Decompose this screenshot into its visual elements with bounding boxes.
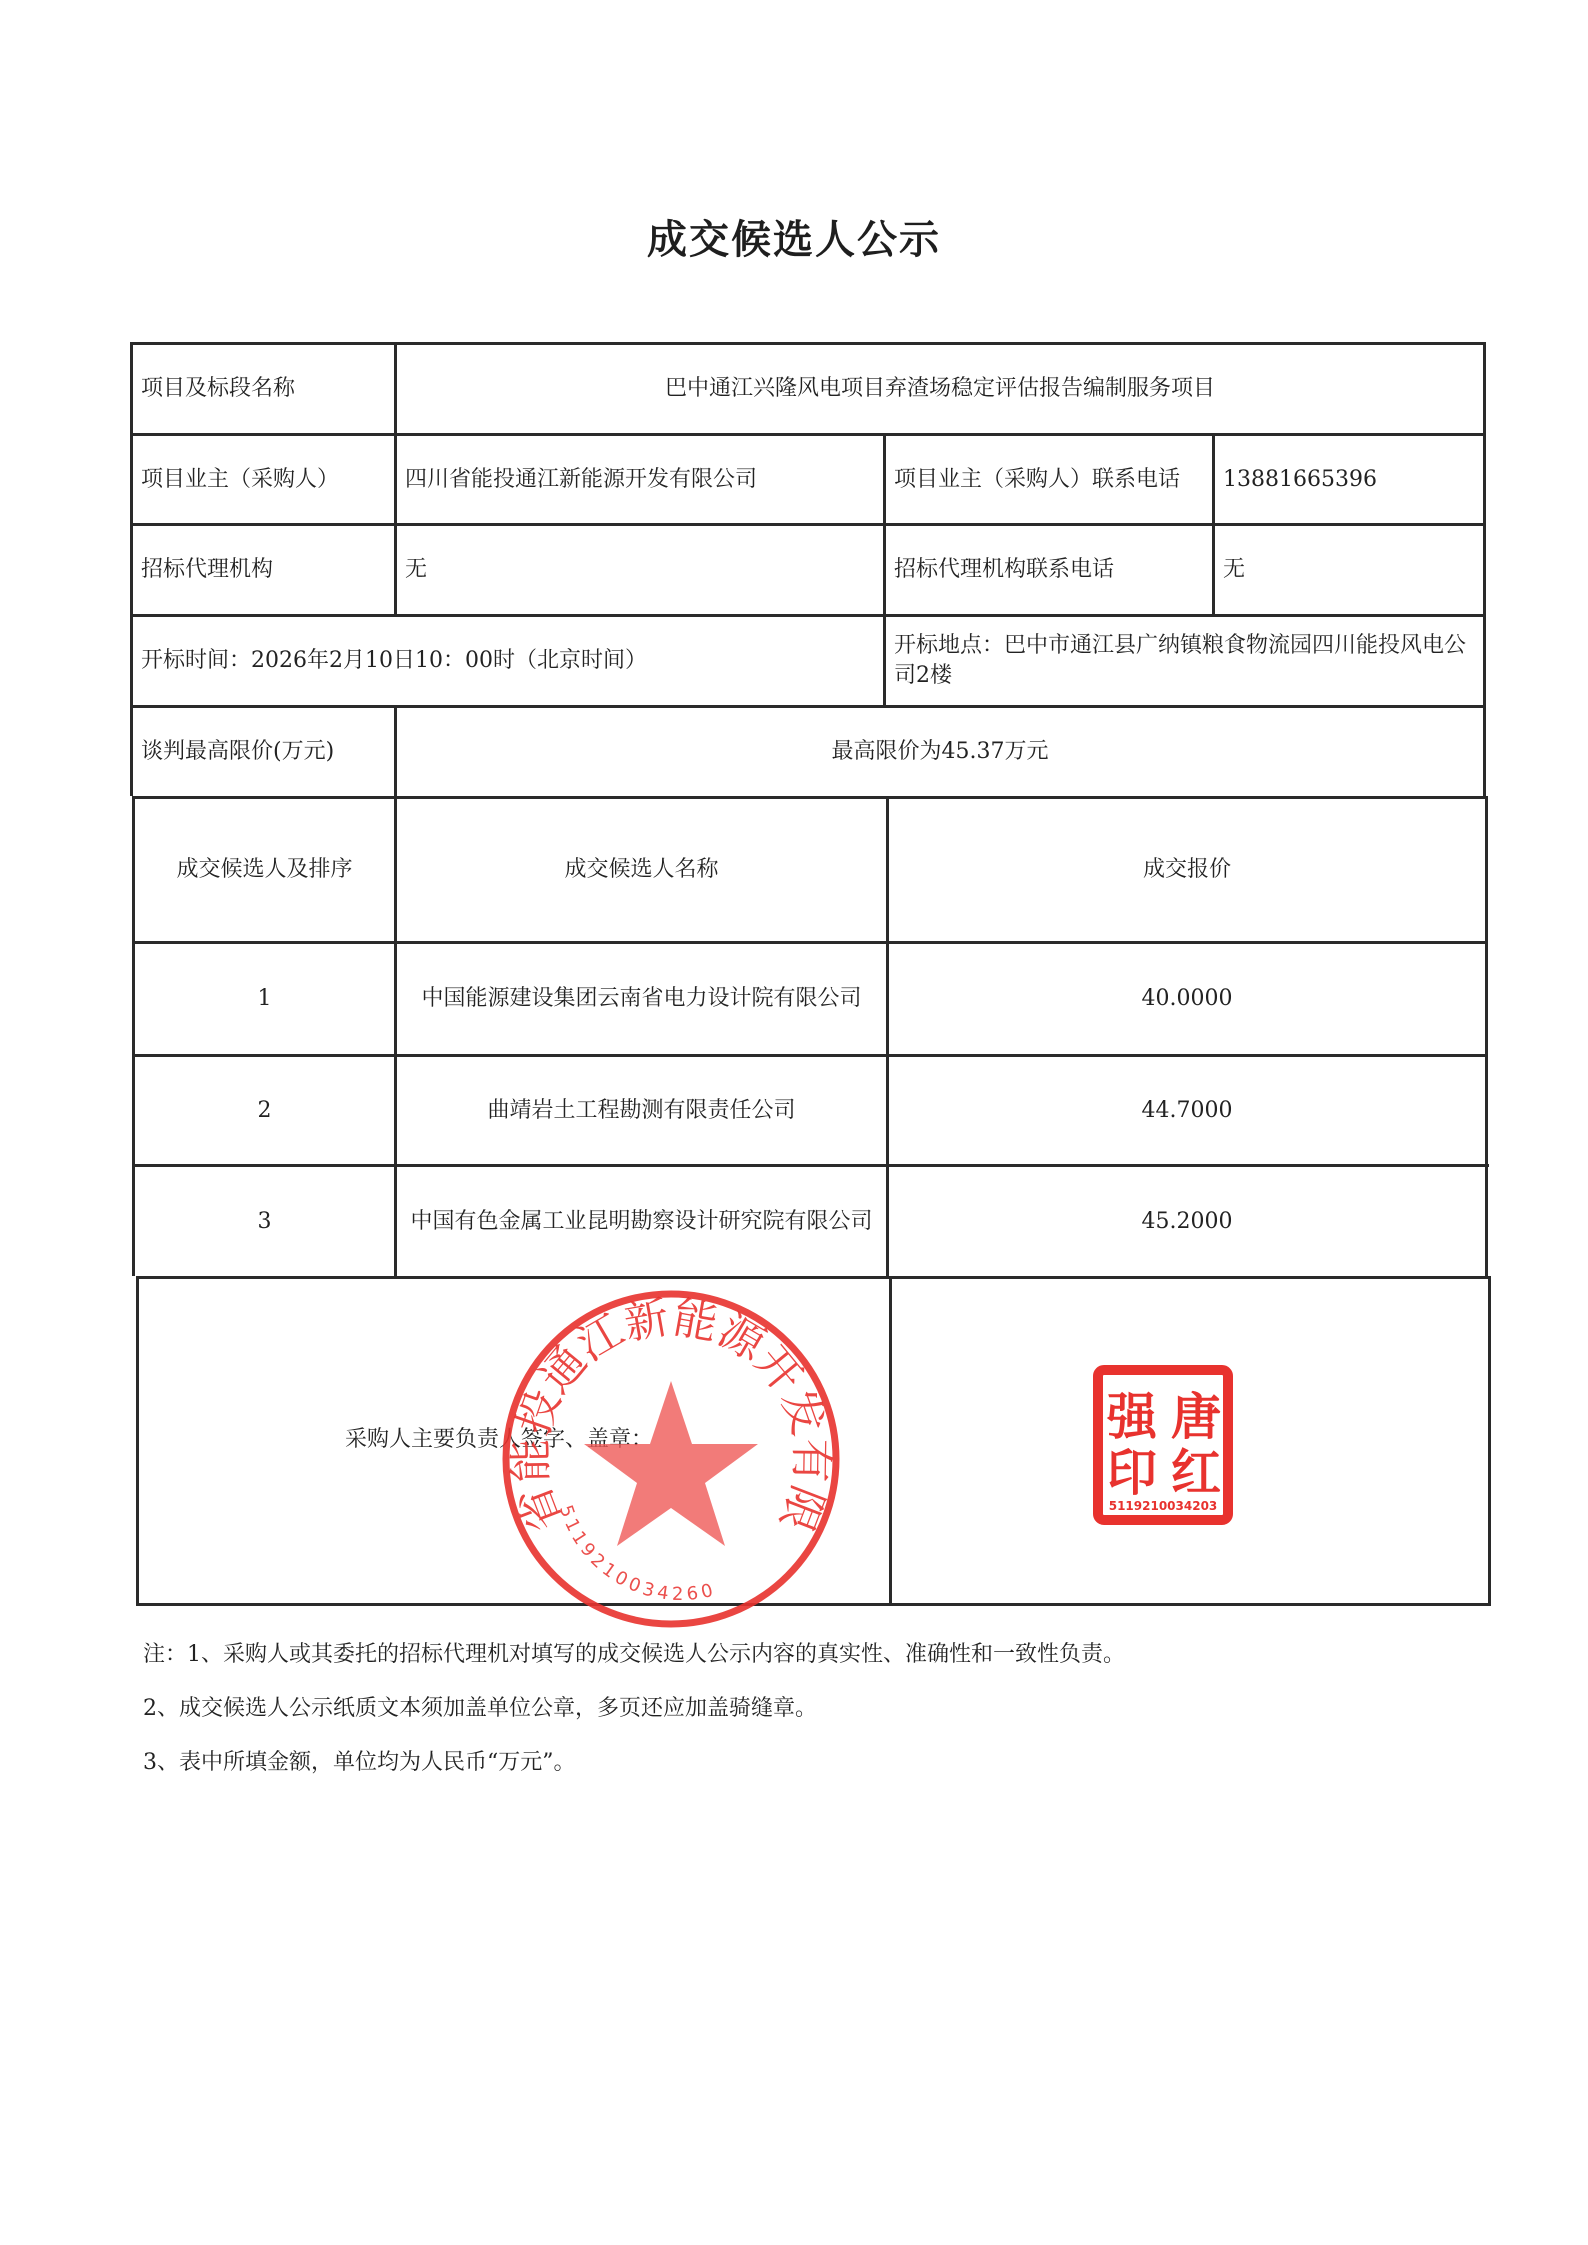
svg-text:印: 印 xyxy=(1107,1444,1157,1502)
official-seal-icon: 四川省能投通江新能源开发有限公司 5119210034260 xyxy=(498,1286,844,1632)
svg-text:强: 强 xyxy=(1106,1388,1159,1446)
agency-phone-label: 招标代理机构联系电话 xyxy=(886,526,1212,614)
header-rank: 成交候选人及排序 xyxy=(135,799,394,941)
owner-value: 四川省能投通江新能源开发有限公司 xyxy=(397,436,883,523)
note-3: 3、表中所填金额，单位均为人民币“万元”。 xyxy=(143,1745,576,1776)
project-name-label: 项目及标段名称 xyxy=(133,345,394,433)
opening-place: 开标地点：巴中市通江县广纳镇粮食物流园四川能投风电公司2楼 xyxy=(886,617,1483,705)
note-2: 2、成交候选人公示纸质文本须加盖单位公章，多页还应加盖骑缝章。 xyxy=(143,1691,817,1722)
agency-label: 招标代理机构 xyxy=(133,526,394,614)
agency-phone-value: 无 xyxy=(1215,526,1483,614)
max-price-label: 谈判最高限价(万元) xyxy=(133,708,394,796)
owner-label: 项目业主（采购人） xyxy=(133,436,394,523)
candidate-rank: 2 xyxy=(135,1057,394,1164)
owner-phone-label: 项目业主（采购人）联系电话 xyxy=(886,436,1212,523)
candidate-rank: 1 xyxy=(135,944,394,1054)
max-price-value: 最高限价为45.37万元 xyxy=(397,708,1483,796)
candidate-rank: 3 xyxy=(135,1167,394,1276)
candidate-price: 45.2000 xyxy=(889,1167,1485,1276)
candidate-price: 44.7000 xyxy=(889,1057,1485,1164)
agency-value: 无 xyxy=(397,526,883,614)
owner-phone-value: 13881665396 xyxy=(1215,436,1483,523)
svg-text:唐: 唐 xyxy=(1171,1388,1221,1446)
project-name-value: 巴中通江兴隆风电项目弃渣场稳定评估报告编制服务项目 xyxy=(397,345,1483,433)
svg-text:5119210034203: 5119210034203 xyxy=(1109,1499,1218,1513)
header-name: 成交候选人名称 xyxy=(397,799,886,941)
candidate-name: 中国能源建设集团云南省电力设计院有限公司 xyxy=(397,944,886,1054)
opening-time: 开标时间：2026年2月10日10：00时（北京时间） xyxy=(133,617,883,705)
document-title: 成交候选人公示 xyxy=(0,208,1588,265)
header-price: 成交报价 xyxy=(889,799,1485,941)
candidate-price: 40.0000 xyxy=(889,944,1485,1054)
svg-text:红: 红 xyxy=(1171,1444,1221,1502)
candidate-name: 曲靖岩土工程勘测有限责任公司 xyxy=(397,1057,886,1164)
candidate-name: 中国有色金属工业昆明勘察设计研究院有限公司 xyxy=(397,1167,886,1276)
personal-seal-icon: 唐 红 强 印 5119210034203 xyxy=(1092,1364,1234,1526)
note-1: 注：1、采购人或其委托的招标代理机对填写的成交候选人公示内容的真实性、准确性和一… xyxy=(143,1637,1125,1668)
